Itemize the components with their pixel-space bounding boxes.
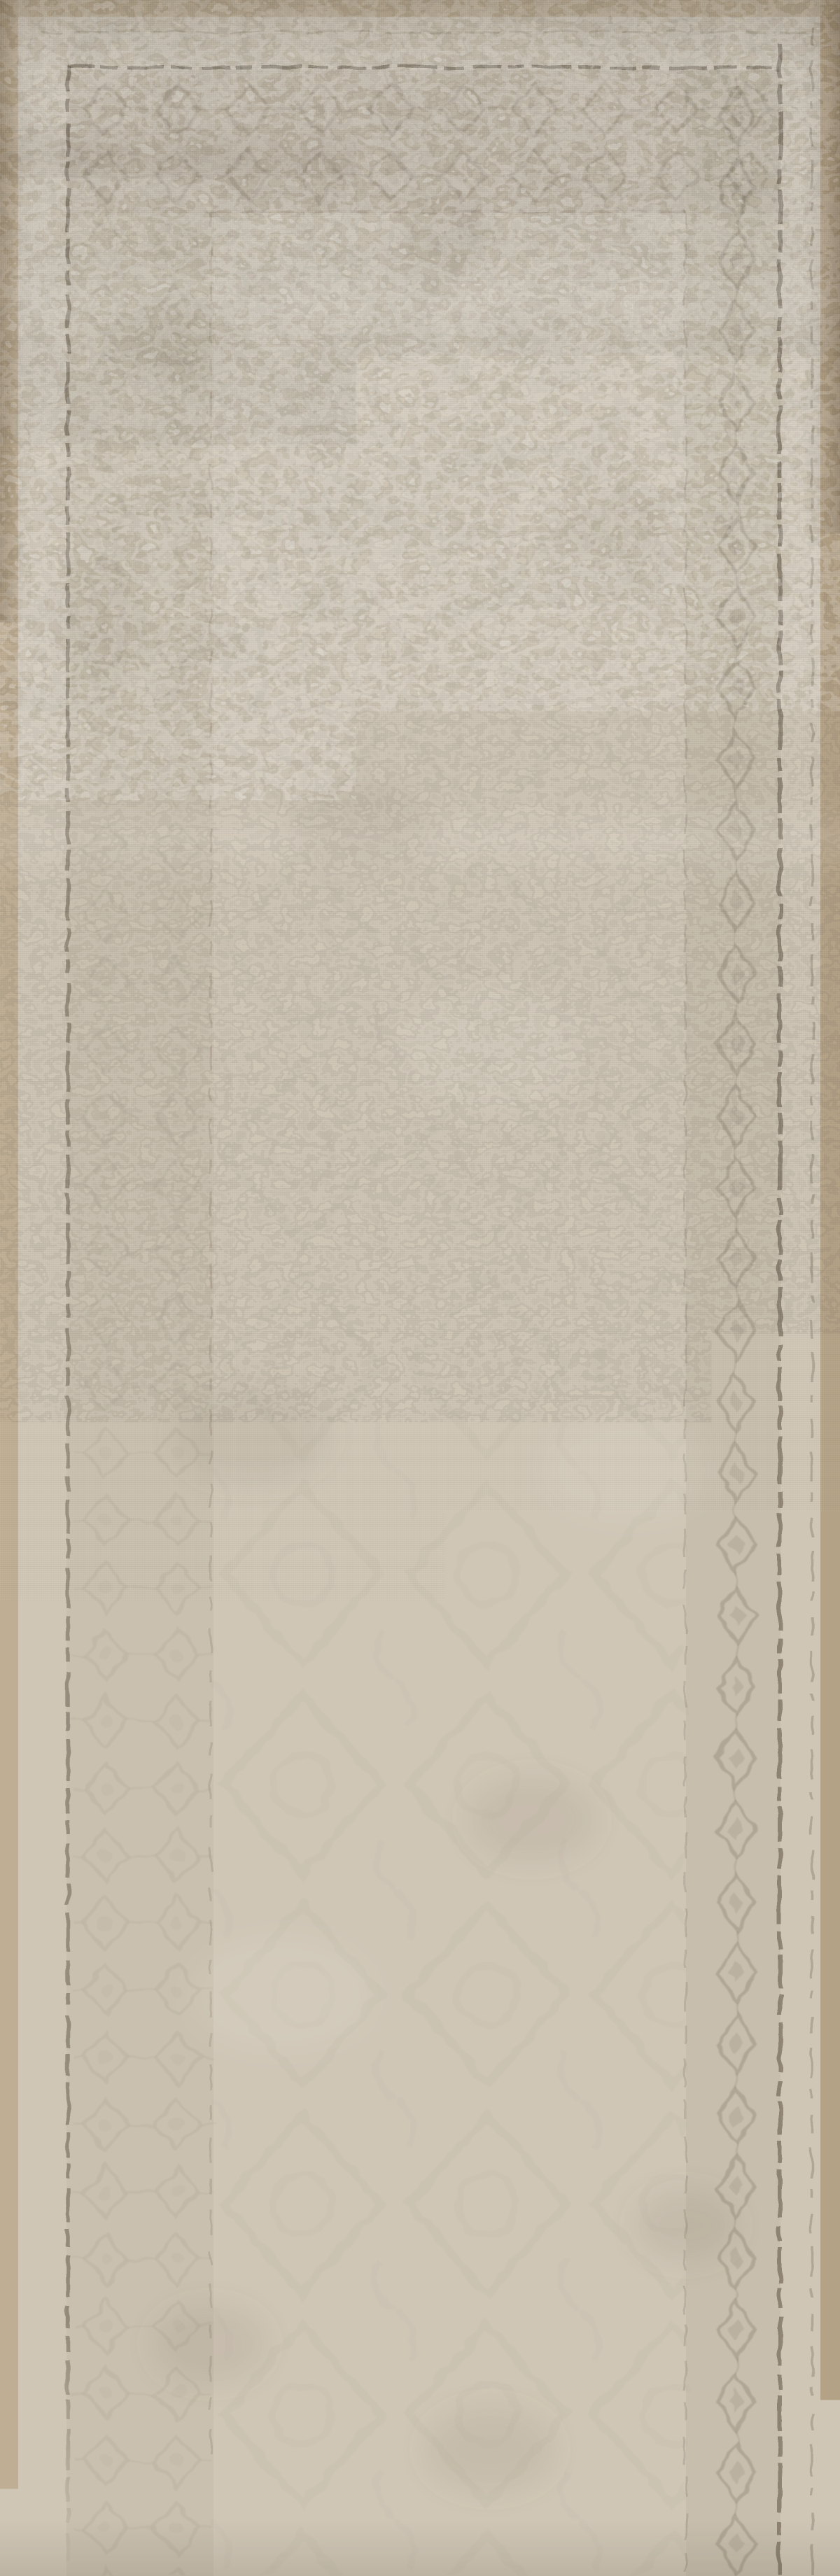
rug-render bbox=[0, 0, 840, 2576]
rug-bottom-shading bbox=[0, 2520, 840, 2576]
rug-edge-shading bbox=[0, 0, 840, 2576]
rug-top-shading bbox=[0, 0, 840, 70]
rug-photo bbox=[0, 0, 840, 2576]
